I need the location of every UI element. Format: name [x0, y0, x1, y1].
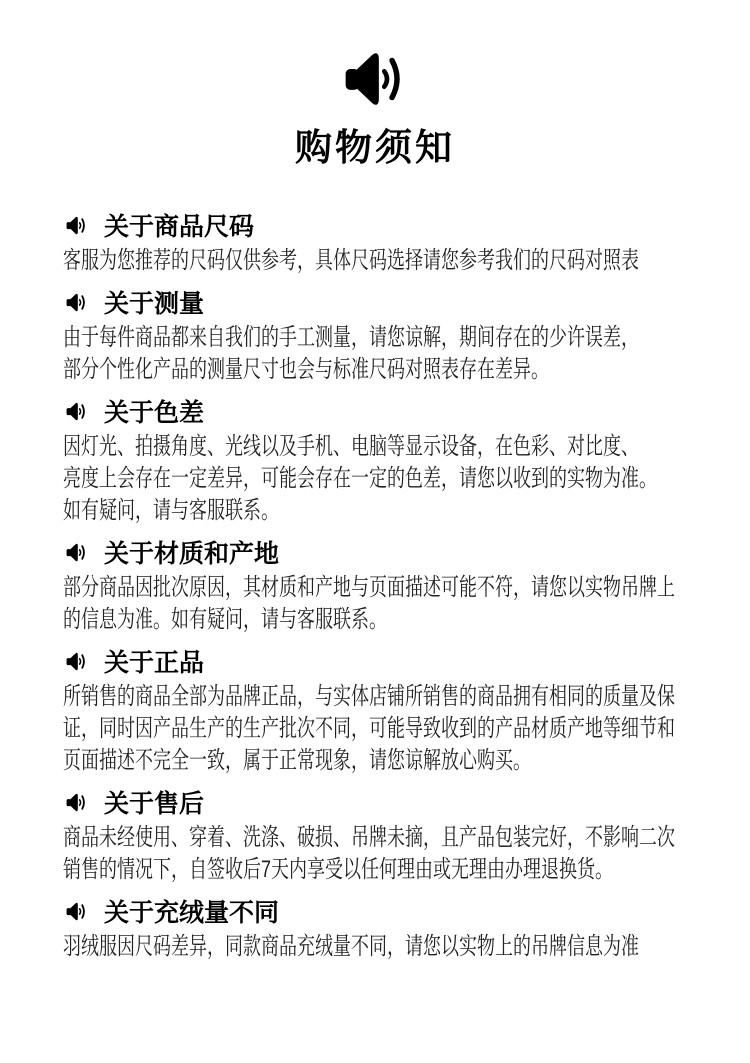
speaker-icon — [335, 45, 415, 113]
speaker-icon — [63, 650, 90, 673]
section-body: 所销售的商品全部为品牌正品，与实体店铺所销售的商品拥有相同的质量及保 证，同时因… — [63, 681, 686, 777]
section-body: 羽绒服因尺码差异，同款商品充绒量不同，请您以实物上的吊牌信息为准 — [63, 931, 686, 963]
section-title: 关于材质和产地 — [104, 534, 279, 570]
section-heading: 关于售后 — [63, 787, 687, 817]
section-heading: 关于测量 — [63, 287, 687, 317]
page-title: 购物须知 — [63, 126, 687, 170]
section-body: 由于每件商品都来自我们的手工测量，请您谅解，期间存在的少许误差， 部分个性化产品… — [63, 322, 686, 386]
speaker-icon — [63, 791, 90, 814]
section-down-filling: 关于充绒量不同 羽绒服因尺码差异，同款商品充绒量不同，请您以实物上的吊牌信息为准 — [63, 896, 687, 963]
section-title: 关于商品尺码 — [104, 207, 254, 243]
section-heading: 关于材质和产地 — [63, 537, 687, 567]
section-heading: 关于色差 — [63, 396, 687, 426]
section-title: 关于测量 — [104, 284, 204, 320]
section-size: 关于商品尺码 客服为您推荐的尺码仅供参考，具体尺码选择请您参考我们的尺码对照表 — [63, 210, 687, 277]
section-heading: 关于充绒量不同 — [63, 896, 687, 926]
section-authenticity: 关于正品 所销售的商品全部为品牌正品，与实体店铺所销售的商品拥有相同的质量及保 … — [63, 646, 687, 777]
section-title: 关于色差 — [104, 393, 204, 429]
notice-sections: 关于商品尺码 客服为您推荐的尺码仅供参考，具体尺码选择请您参考我们的尺码对照表 … — [63, 210, 687, 963]
speaker-icon — [63, 400, 90, 423]
shopping-notice-page: 购物须知 关于商品尺码 客服为您推荐的尺码仅供参考，具体尺码选择请您参考我们的尺… — [0, 0, 750, 963]
section-measurement: 关于测量 由于每件商品都来自我们的手工测量，请您谅解，期间存在的少许误差， 部分… — [63, 287, 687, 386]
section-body: 因灯光、拍摄角度、光线以及手机、电脑等显示设备，在色彩、对比度、 亮度上会存在一… — [63, 431, 686, 527]
section-title: 关于售后 — [104, 784, 204, 820]
section-material-origin: 关于材质和产地 部分商品因批次原因，其材质和产地与页面描述可能不符，请您以实物吊… — [63, 537, 687, 636]
section-title: 关于充绒量不同 — [104, 893, 279, 929]
section-heading: 关于正品 — [63, 646, 687, 676]
section-body: 客服为您推荐的尺码仅供参考，具体尺码选择请您参考我们的尺码对照表 — [63, 245, 686, 277]
section-after-sales: 关于售后 商品未经使用、穿着、洗涤、破损、吊牌未摘，且产品包装完好，不影响二次 … — [63, 787, 687, 886]
section-heading: 关于商品尺码 — [63, 210, 687, 240]
speaker-icon — [63, 291, 90, 314]
page-header: 购物须知 — [63, 45, 687, 170]
section-body: 商品未经使用、穿着、洗涤、破损、吊牌未摘，且产品包装完好，不影响二次 销售的情况… — [63, 822, 686, 886]
speaker-icon — [63, 541, 90, 564]
section-body: 部分商品因批次原因，其材质和产地与页面描述可能不符，请您以实物吊牌上 的信息为准… — [63, 572, 686, 636]
speaker-icon — [63, 900, 90, 923]
speaker-icon — [63, 214, 90, 237]
section-title: 关于正品 — [104, 643, 204, 679]
section-color-difference: 关于色差 因灯光、拍摄角度、光线以及手机、电脑等显示设备，在色彩、对比度、 亮度… — [63, 396, 687, 527]
